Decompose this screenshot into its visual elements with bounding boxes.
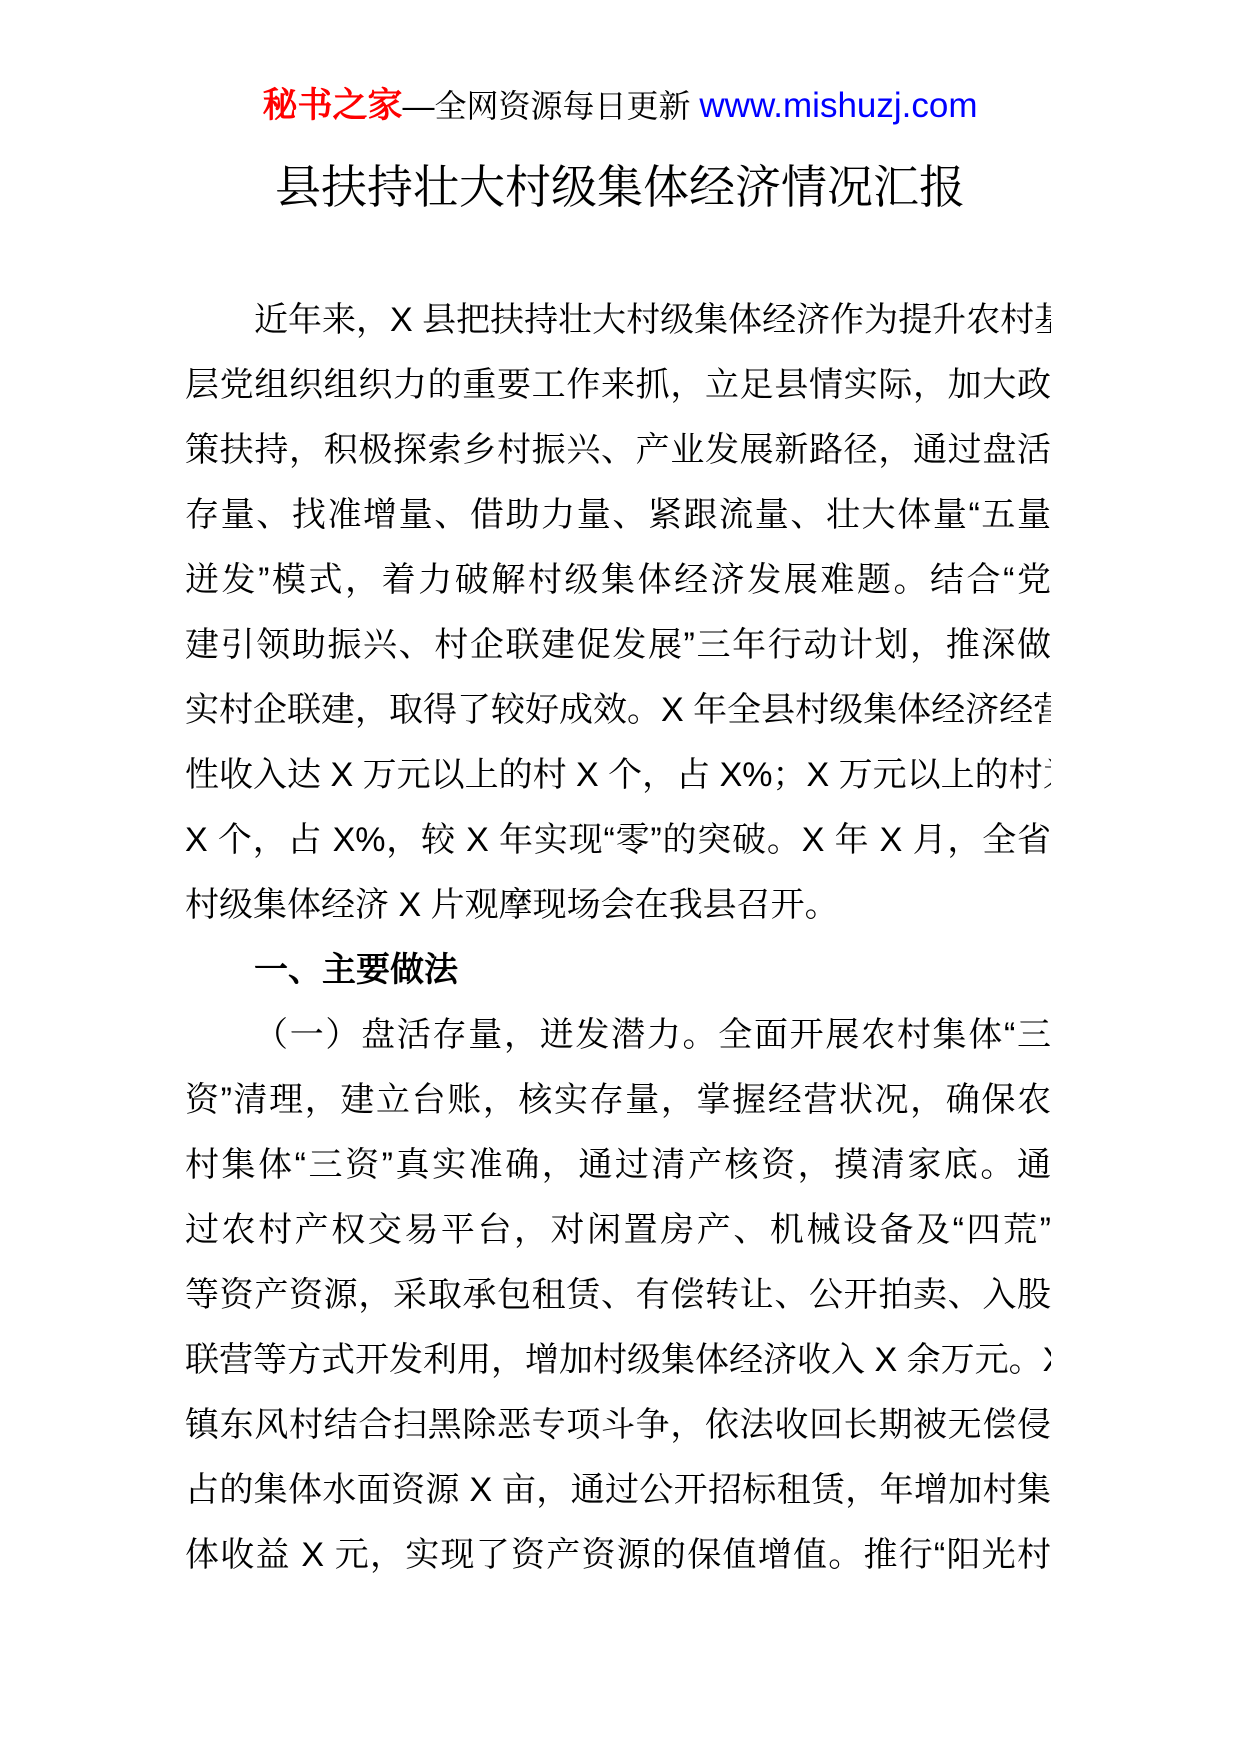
body-line: 过农村产权交易平台，对闲置房产、机械设备及“四荒” (185, 1198, 1051, 1263)
body-line: 实村企联建，取得了较好成效。X 年全县村级集体经济经营 (185, 678, 1051, 743)
body-line: 联营等方式开发利用，增加村级集体经济收入 X 余万元。X (185, 1328, 1051, 1393)
body-line: 等资产资源，采取承包租赁、有偿转让、公开拍卖、入股 (185, 1263, 1051, 1328)
site-header: 秘书之家—全网资源每日更新 www.mishuzj.com (0, 86, 1240, 133)
body-line: 近年来，X 县把扶持壮大村级集体经济作为提升农村基 (185, 288, 1051, 353)
body-line: X 个，占 X%，较 X 年实现“零”的突破。X 年 X 月，全省 (185, 808, 1051, 873)
document-body: 近年来，X 县把扶持壮大村级集体经济作为提升农村基 层党组织组织力的重要工作来抓… (185, 288, 1051, 1588)
body-line: 策扶持，积极探索乡村振兴、产业发展新路径，通过盘活 (185, 418, 1051, 483)
body-line: 占的集体水面资源 X 亩，通过公开招标租赁，年增加村集 (185, 1458, 1051, 1523)
body-line: （一）盘活存量，迸发潜力。全面开展农村集体“三 (185, 1003, 1051, 1068)
body-line: 村集体“三资”真实准确，通过清产核资，摸清家底。通 (185, 1133, 1051, 1198)
site-brand: 秘书之家 (262, 86, 402, 125)
site-url-link[interactable]: www.mishuzj.com (699, 86, 977, 125)
body-line: 存量、找准增量、借助力量、紧跟流量、壮大体量“五量 (185, 483, 1051, 548)
body-line: 层党组织组织力的重要工作来抓，立足县情实际，加大政 (185, 353, 1051, 418)
body-line: 迸发”模式，着力破解村级集体经济发展难题。结合“党 (185, 548, 1051, 613)
body-line: 体收益 X 元，实现了资产资源的保值增值。推行“阳光村 (185, 1523, 1051, 1588)
document-page: 秘书之家—全网资源每日更新 www.mishuzj.com 县扶持壮大村级集体经… (0, 0, 1240, 1754)
document-title: 县扶持壮大村级集体经济情况汇报 (0, 162, 1240, 212)
section-heading: 一、主要做法 (185, 938, 1051, 1003)
body-line: 镇东风村结合扫黑除恶专项斗争，依法收回长期被无偿侵 (185, 1393, 1051, 1458)
site-tagline: —全网资源每日更新 (403, 88, 700, 124)
body-line: 资”清理，建立台账，核实存量，掌握经营状况，确保农 (185, 1068, 1051, 1133)
body-line: 性收入达 X 万元以上的村 X 个，占 X%；X 万元以上的村为 (185, 743, 1051, 808)
body-line: 村级集体经济 X 片观摩现场会在我县召开。 (185, 873, 1051, 938)
body-line: 建引领助振兴、村企联建促发展”三年行动计划，推深做 (185, 613, 1051, 678)
